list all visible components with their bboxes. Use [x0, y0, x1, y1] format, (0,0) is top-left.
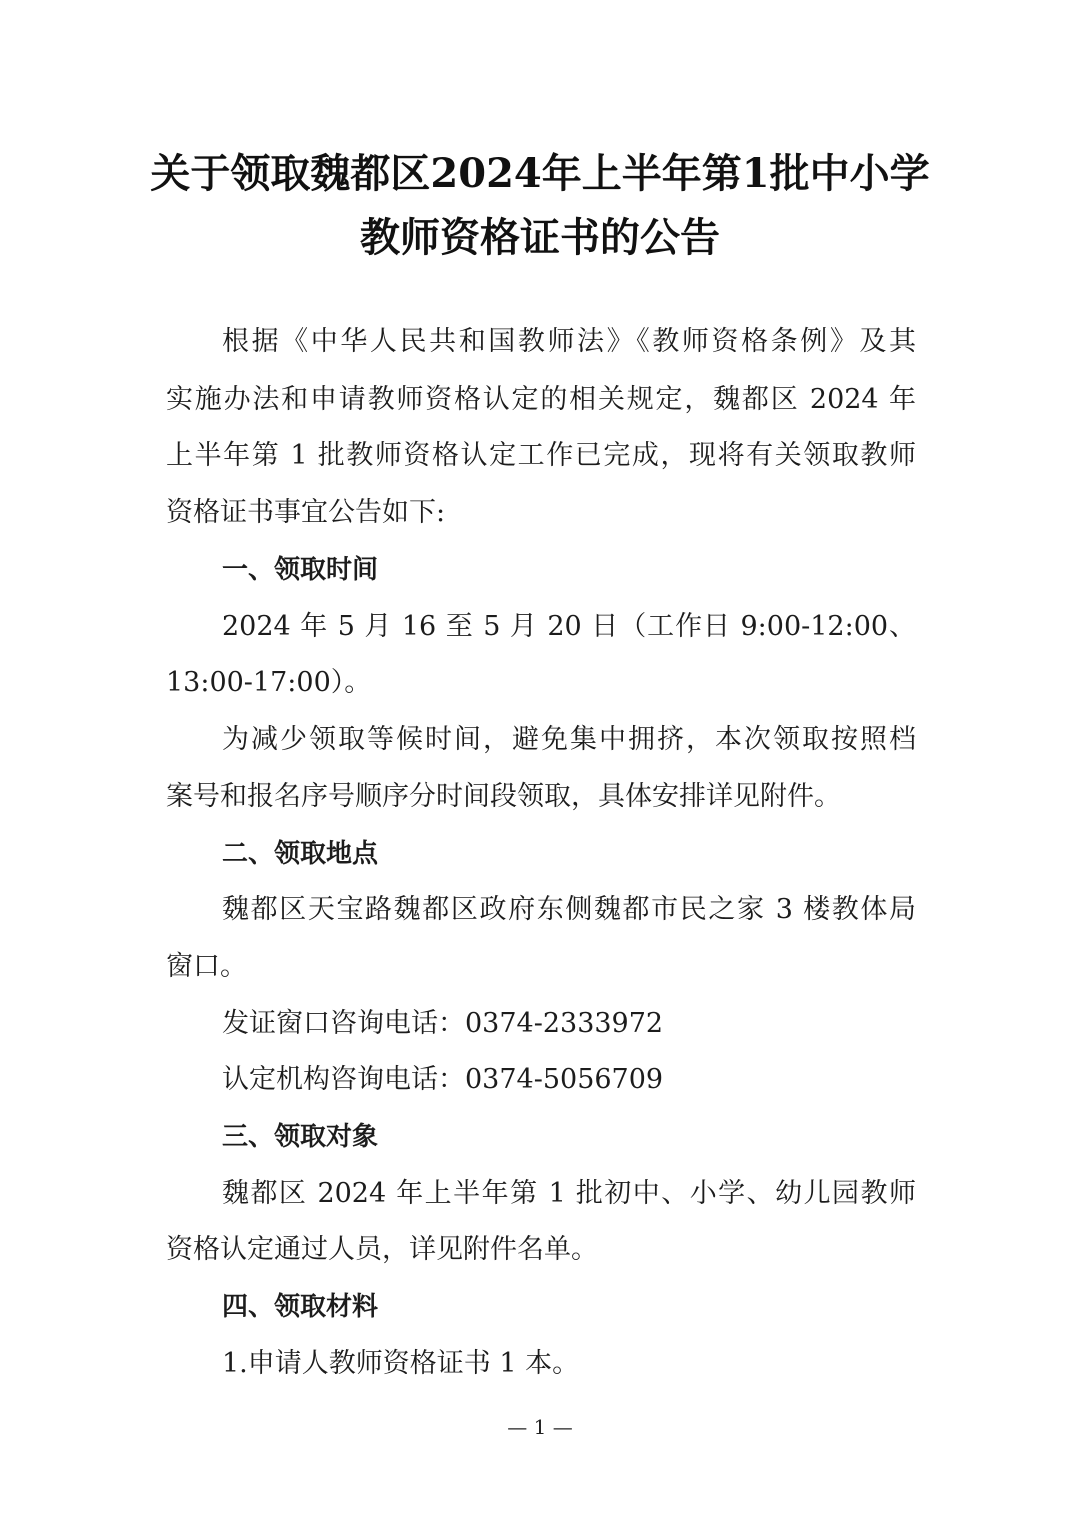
intro-line-2: 实施办法和申请教师资格认定的相关规定，魏都区 2024 年 [166, 380, 916, 420]
page-number: — 1 — [0, 1415, 1080, 1439]
time-line-2: 13:00-17:00）。 [166, 663, 916, 703]
phone-issuing-window: 发证窗口咨询电话：0374-2333972 [222, 1004, 916, 1044]
location-line-1: 魏都区天宝路魏都区政府东侧魏都市民之家 3 楼教体局 [222, 890, 916, 930]
intro-line-3: 上半年第 1 批教师资格认定工作已完成，现将有关领取教师 [166, 436, 916, 476]
time-note-line-1: 为减少领取等候时间，避免集中拥挤，本次领取按照档 [222, 720, 916, 760]
section-heading-location: 二、领取地点 [222, 834, 916, 874]
materials-item-1: 1.申请人教师资格证书 1 本。 [222, 1344, 916, 1384]
time-line-1: 2024 年 5 月 16 至 5 月 20 日（工作日 9:00-12:00、 [222, 607, 916, 647]
recipients-line-1: 魏都区 2024 年上半年第 1 批初中、小学、幼儿园教师 [222, 1174, 916, 1214]
title-line-2: 教师资格证书的公告 [0, 206, 1080, 263]
section-heading-materials: 四、领取材料 [222, 1287, 916, 1327]
recipients-line-2: 资格认定通过人员，详见附件名单。 [166, 1230, 916, 1270]
intro-line-4: 资格证书事宜公告如下: [166, 493, 916, 533]
intro-line-1: 根据《中华人民共和国教师法》《教师资格条例》及其 [222, 322, 916, 362]
location-line-2: 窗口。 [166, 947, 916, 987]
phone-certification-agency: 认定机构咨询电话：0374-5056709 [222, 1060, 916, 1100]
section-heading-time: 一、领取时间 [222, 550, 916, 590]
time-note-line-2: 案号和报名序号顺序分时间段领取，具体安排详见附件。 [166, 777, 916, 817]
title-line-1: 关于领取魏都区2024年上半年第1批中小学 [0, 142, 1080, 199]
section-heading-recipients: 三、领取对象 [222, 1117, 916, 1157]
